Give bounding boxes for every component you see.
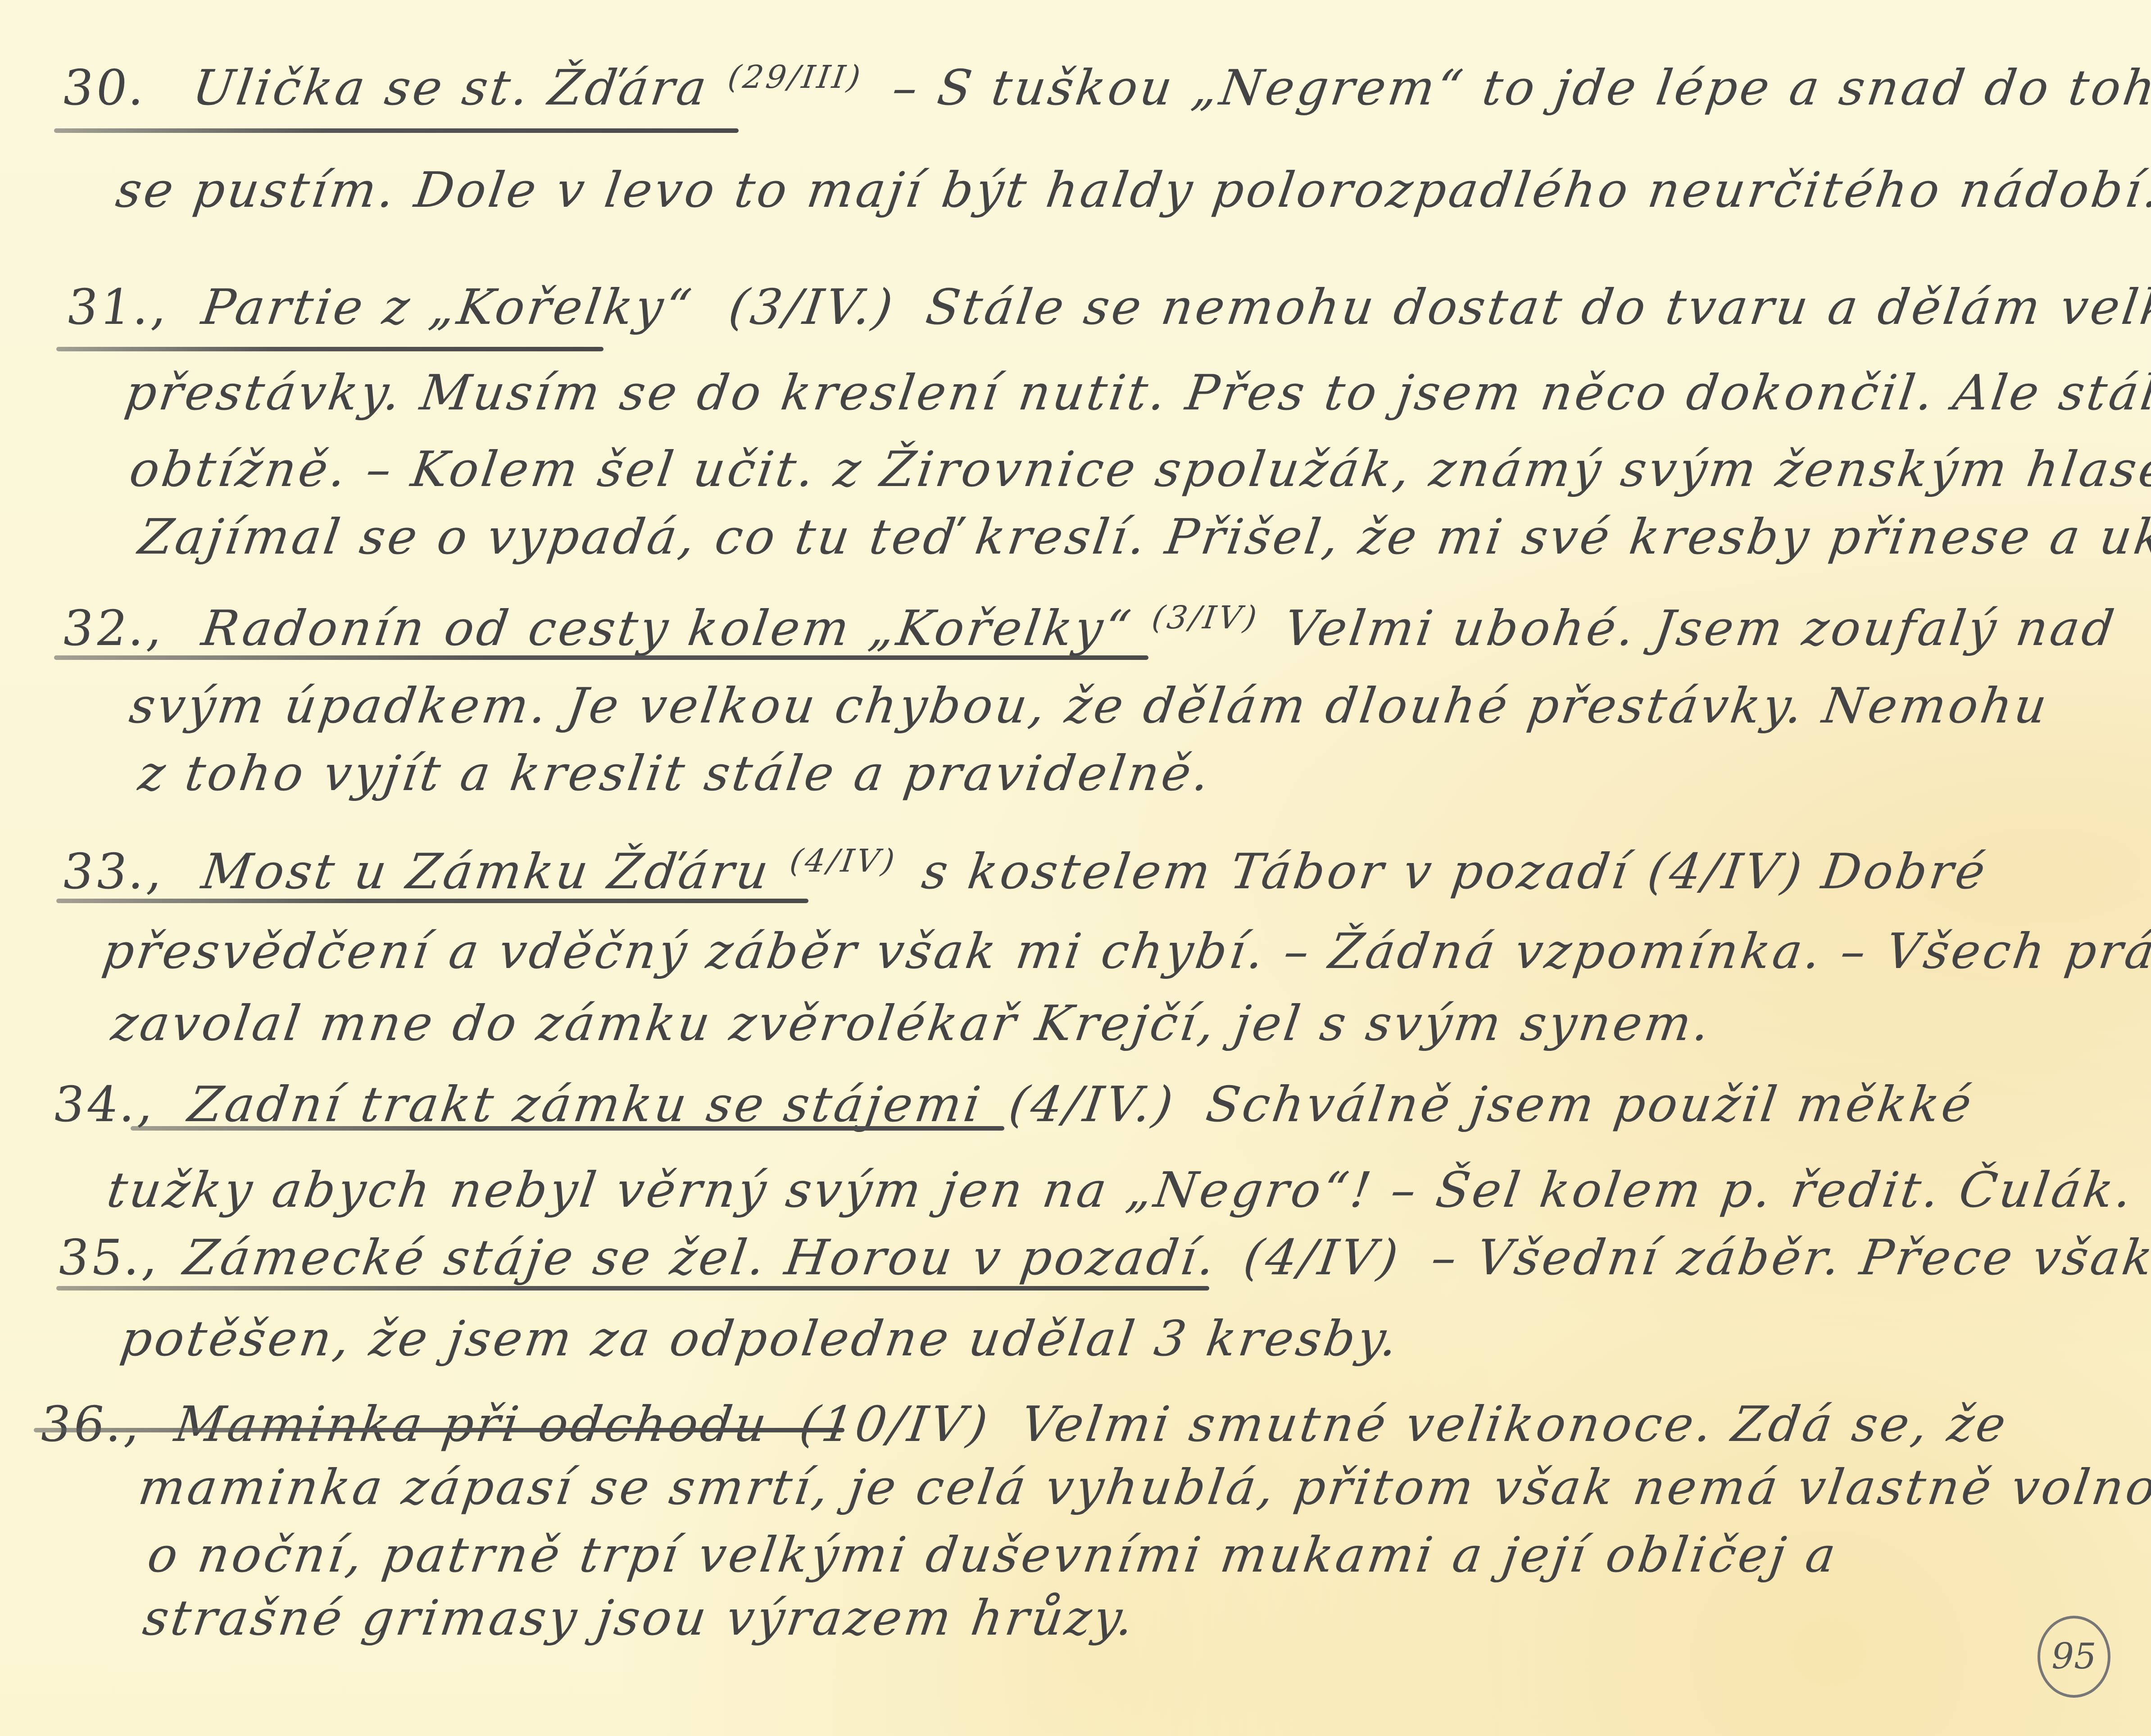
entry-text: potěšen, že jsem za odpoledne udělal 3 k… <box>117 1311 1404 1367</box>
entry-number: 31., <box>63 279 175 336</box>
entry-heading: 36., Maminka při odchodu (10/IV) Velmi s… <box>36 1396 2012 1453</box>
entry-text: Schválně jsem použil měkké <box>1203 1077 1977 1133</box>
title-underline <box>54 655 1148 660</box>
entry-heading: 35., Zámecké stáje se žel. Horou v pozad… <box>54 1230 2151 1286</box>
entry-text: z toho vyjít a kreslit stále a pravideln… <box>135 745 1216 802</box>
entry-title: Ulička se st. Žďára <box>189 60 712 116</box>
entry-heading: 31., Partie z „Kořelky“ (3/IV.) Stále se… <box>63 279 2151 336</box>
entry-text: strašné grimasy jsou výrazem hrůzy. <box>140 1590 1140 1646</box>
entry-text: s kostelem Tábor v pozadí (4/IV) Dobré <box>919 844 1991 900</box>
page-number-circle: 95 <box>2038 1616 2110 1698</box>
entry-text: Velmi ubohé. Jsem zoufalý nad <box>1281 600 2120 657</box>
entry-heading: 34., Zadní trakt zámku se stájemi (4/IV.… <box>50 1077 1978 1133</box>
entry-date: (4/IV.) <box>1006 1077 1179 1133</box>
entry-heading: 33., Most u Zámku Žďáru (4/IV) s kostele… <box>59 842 1991 900</box>
title-underline <box>34 1428 844 1432</box>
title-underline <box>54 128 739 133</box>
entry-date: (4/IV) <box>788 842 899 879</box>
entry-text: maminka zápasí se smrtí, je celá vyhublá… <box>135 1459 2151 1516</box>
entry-number: 30. <box>59 60 152 116</box>
title-underline <box>56 899 808 903</box>
entry-date: (29/III) <box>726 59 865 95</box>
entry-title: Partie z „Kořelky“ <box>198 279 697 336</box>
entry-text: Stále se nemohu dostat do tvaru a dělám … <box>922 279 2151 336</box>
entry-text: – S tuškou „Negrem“ to jde lépe a snad d… <box>889 60 2151 116</box>
entry-text: tužky abych nebyl věrný svým jen na „Neg… <box>104 1162 2138 1218</box>
entry-number: 34., <box>50 1077 161 1133</box>
entry-text: Velmi smutné velikonoce. Zdá se, že <box>1017 1396 2012 1453</box>
entry-text: svým úpadkem. Je velkou chybou, že dělám… <box>126 678 2053 734</box>
entry-text: obtížně. – Kolem šel učit. z Žirovnice s… <box>126 441 2151 498</box>
entry-title: Zadní trakt zámku se stájemi <box>185 1077 986 1133</box>
entry-number: 35., <box>54 1230 166 1286</box>
page-number: 95 <box>2051 1636 2096 1677</box>
entry-text: přestávky. Musím se do kreslení nutit. P… <box>122 365 2151 421</box>
entry-text: přesvědčení a vděčný záběr však mi chybí… <box>99 923 2151 980</box>
entry-heading: 32., Radonín od cesty kolem „Kořelky“ (3… <box>59 599 2120 657</box>
entry-date: (3/IV) <box>1150 599 1262 636</box>
title-underline <box>131 1126 1004 1131</box>
entry-number: 32., <box>59 600 170 657</box>
entry-text: Zajímal se o vypadá, co tu teď kreslí. P… <box>135 509 2151 565</box>
title-underline <box>56 347 604 351</box>
entry-text: zavolal mne do zámku zvěrolékař Krejčí, … <box>108 995 1715 1052</box>
title-underline <box>56 1286 1209 1291</box>
entry-heading: 30. Ulička se st. Žďára (29/III) – S tuš… <box>59 59 2151 116</box>
entry-number: 36., <box>36 1396 148 1453</box>
entry-title: Radonín od cesty kolem „Kořelky“ <box>198 600 1136 657</box>
entry-text: se pustím. Dole v levo to mají být haldy… <box>113 162 2151 218</box>
entry-date: (3/IV.) <box>726 279 899 336</box>
entry-number: 33., <box>59 844 170 900</box>
entry-date: (4/IV) <box>1240 1230 1404 1286</box>
entry-title: Zámecké stáje se žel. Horou v pozadí. <box>180 1230 1221 1286</box>
entry-title: Maminka při odchodu <box>171 1396 772 1453</box>
entry-title: Most u Zámku Žďáru <box>198 844 774 900</box>
entry-text: o noční, patrně trpí velkými duševními m… <box>144 1527 1842 1583</box>
entry-text: – Všední záběr. Přece však <box>1428 1230 2151 1286</box>
entry-date: (10/IV) <box>796 1396 994 1453</box>
